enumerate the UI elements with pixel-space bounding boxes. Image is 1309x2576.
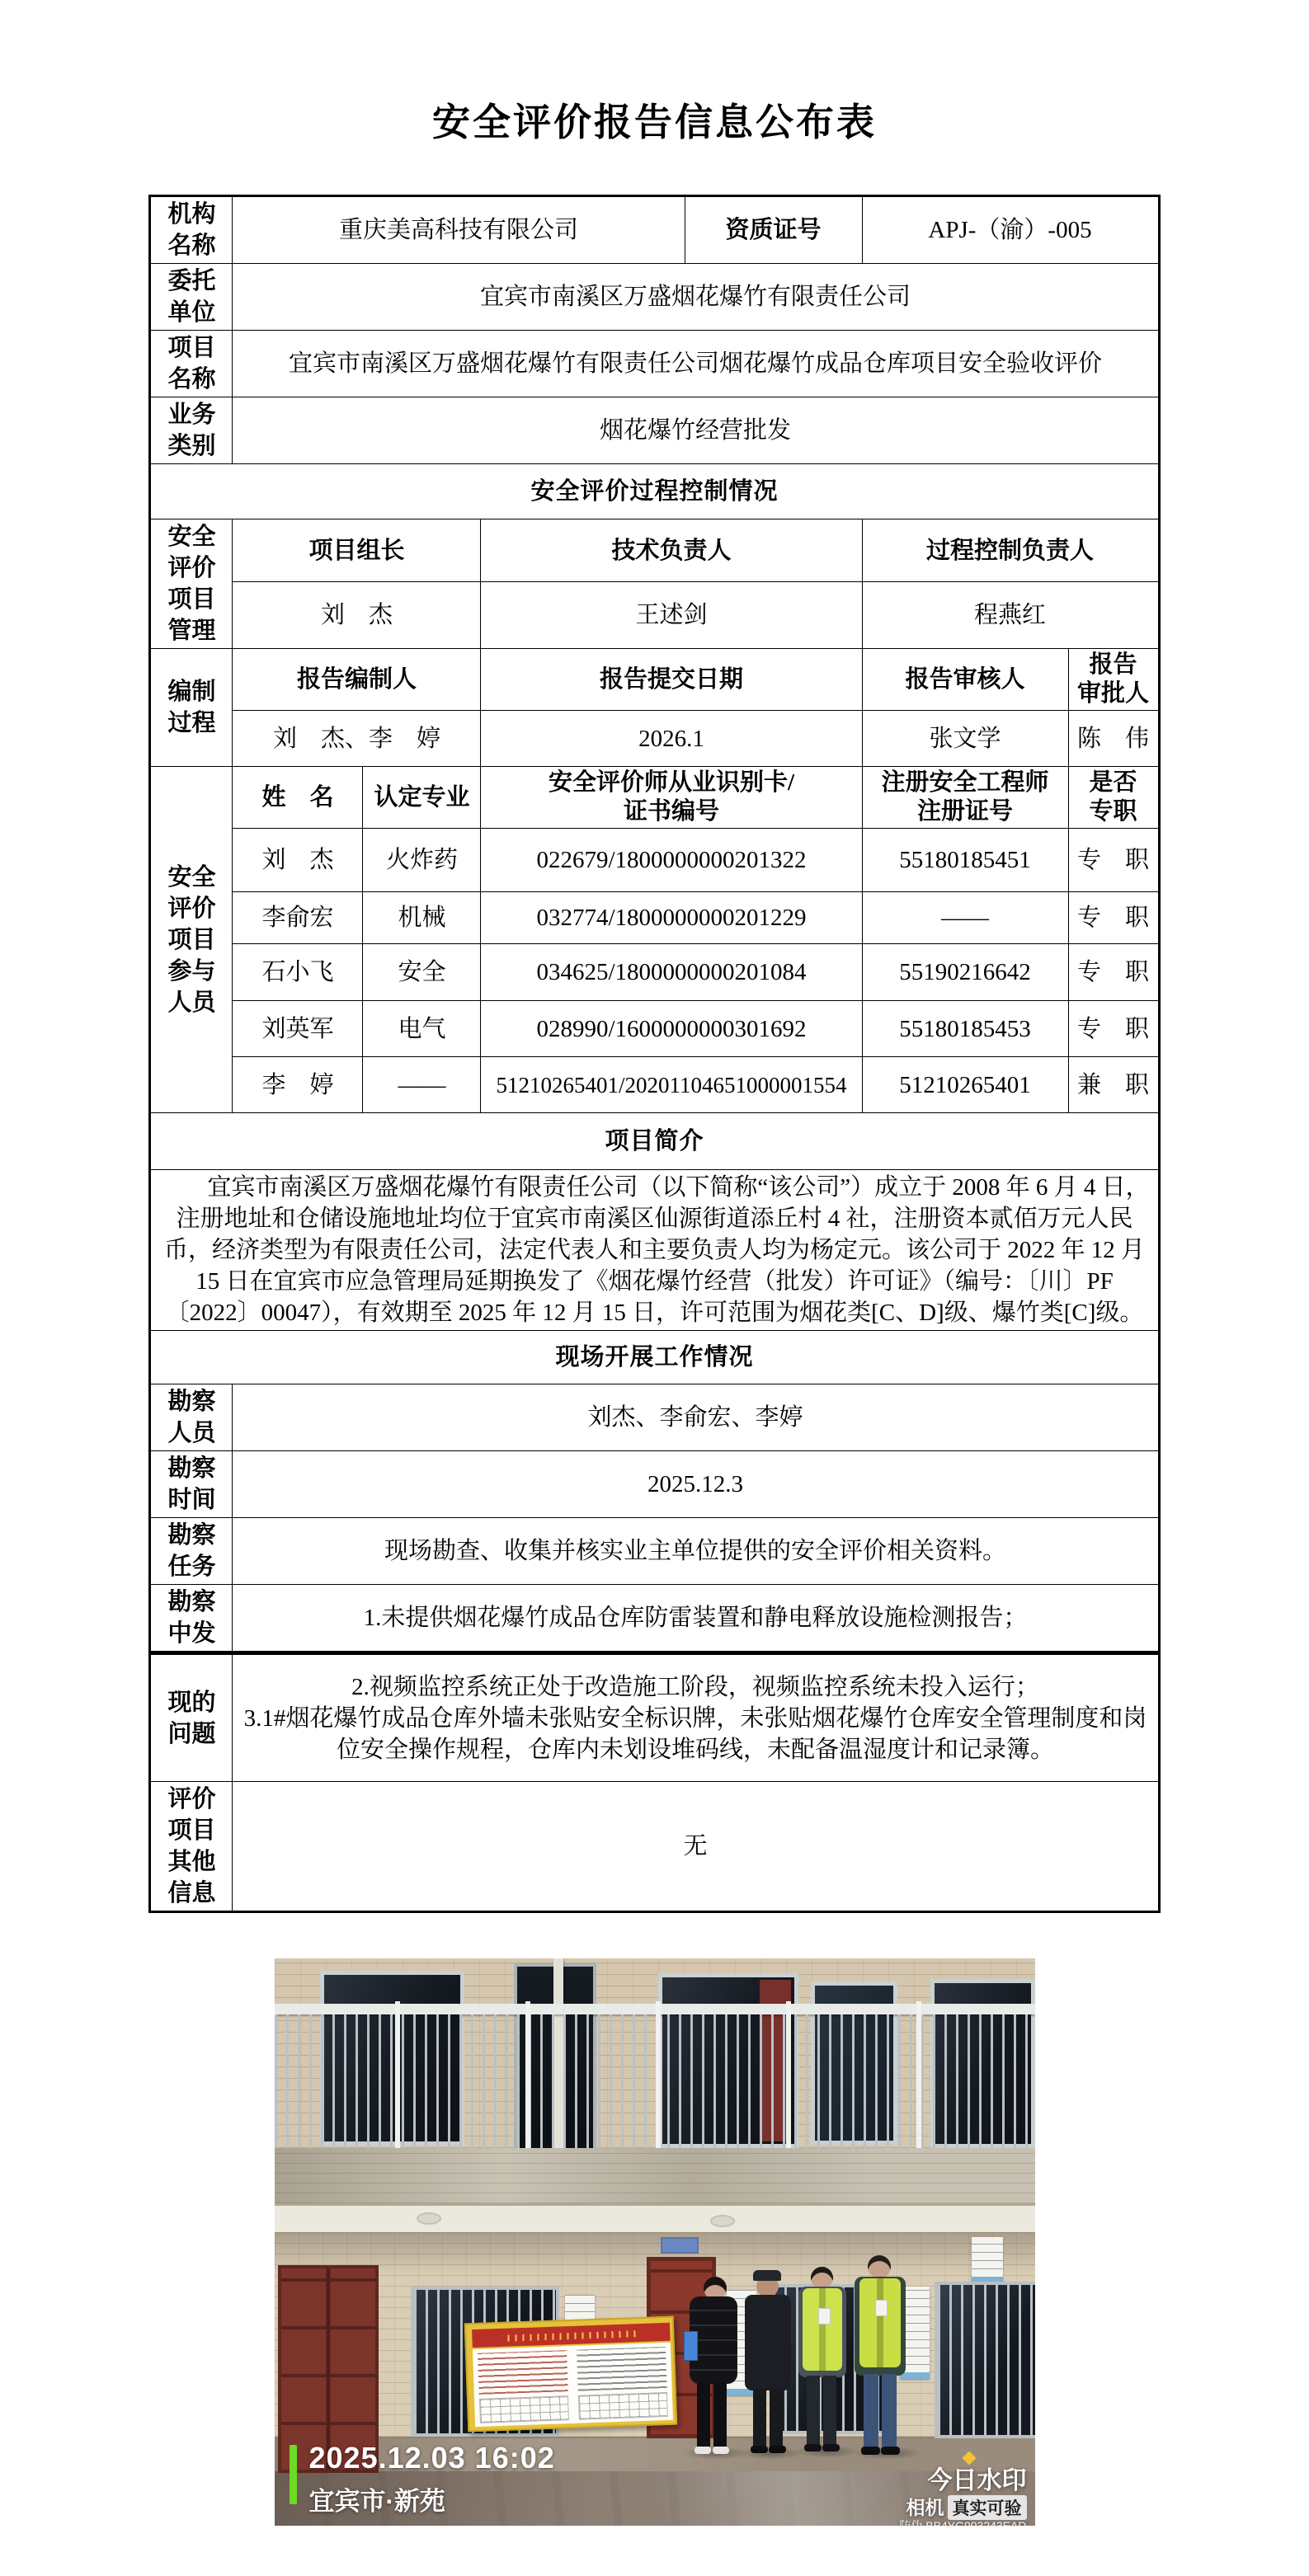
person-leg (713, 2382, 727, 2447)
participant-fulltime: 专 职 (1068, 1001, 1159, 1057)
comp-value-author: 刘 杰、李 婷 (233, 711, 481, 767)
participant-major: 机械 (363, 892, 481, 944)
comp-header-date: 报告提交日期 (481, 649, 862, 711)
participant-major: 安全 (363, 944, 481, 1001)
comp-value-date: 2026.1 (481, 711, 862, 767)
watermark-verify: 相机 真实可验 (885, 2493, 1027, 2520)
mgmt-value-leader: 刘 杰 (233, 582, 481, 649)
participant-reg: —— (862, 892, 1068, 944)
project-name-label: 项目名称 (150, 331, 233, 397)
survey-people-value: 刘杰、李俞宏、李婷 (233, 1384, 1159, 1451)
table-row: 安全评价项目参与人员 姓 名 认定专业 安全评价师从业识别卡/ 证书编号 注册安… (150, 767, 1159, 829)
client-value: 宜宾市南溪区万盛烟花爆竹有限责任公司 (233, 264, 1159, 331)
participant-cert: 032774/1800000000201229 (481, 892, 862, 944)
person-leg (807, 2376, 820, 2445)
participant-reg: 55180185453 (862, 1001, 1068, 1057)
participant-cert: 022679/1800000000201322 (481, 829, 862, 892)
watermark-camera-label: 相机 (906, 2497, 944, 2518)
participant-name: 石小飞 (233, 944, 363, 1001)
comp-header-reviewer: 报告审核人 (862, 649, 1068, 711)
project-intro-text: 宜宾市南溪区万盛烟花爆竹有限责任公司（以下简称“该公司”）成立于 2008 年 … (150, 1170, 1159, 1331)
mgmt-header-leader: 项目组长 (233, 519, 481, 582)
part-header-major: 认定专业 (363, 767, 481, 829)
mgmt-value-tech: 王述剑 (481, 582, 862, 649)
site-photo: 2025.12.03 16:02 宜宾市·新苑 今日水印 相机 真实可验 防伪 … (275, 1958, 1035, 2526)
participant-name: 刘英军 (233, 1001, 363, 1057)
business-type-value: 烟花爆竹经营批发 (233, 397, 1159, 464)
badge (818, 2308, 831, 2325)
participants-label: 安全评价项目参与人员 (150, 767, 233, 1113)
railing-post (786, 2001, 791, 2151)
barred-window-3 (935, 2282, 1035, 2438)
problem-items-2-3: 2.视频监控系统正处于改造施工阶段，视频监控系统未投入运行； 3.1#烟花爆竹成… (233, 1653, 1159, 1782)
railing-post (525, 2001, 530, 2151)
mgmt-value-process: 程燕红 (862, 582, 1159, 649)
participant-row: 刘英军 电气 028990/1600000000301692 551801854… (150, 1001, 1159, 1057)
board-text-block (576, 2347, 666, 2391)
participant-row: 刘 杰 火炸药 022679/1800000000201322 55180185… (150, 829, 1159, 892)
mgmt-label: 安全评价项目管理 (150, 519, 233, 649)
participant-reg: 55180185451 (862, 829, 1068, 892)
comp-header-author: 报告编制人 (233, 649, 481, 711)
comp-value-approver: 陈 伟 (1068, 711, 1159, 767)
participant-fulltime: 专 职 (1068, 829, 1159, 892)
part-header-reg: 注册安全工程师 注册证号 (862, 767, 1068, 829)
railing-post (916, 2001, 921, 2151)
survey-time-label: 勘察时间 (150, 1451, 233, 1518)
participant-name: 李 婷 (233, 1057, 363, 1113)
board-org-chart (478, 2395, 568, 2423)
part-header-name: 姓 名 (233, 767, 363, 829)
participant-reg: 51210265401 (862, 1057, 1068, 1113)
black-shoe (822, 2444, 840, 2451)
comp-header-approver: 报告 审批人 (1068, 649, 1159, 711)
cap (753, 2270, 781, 2281)
participant-cert: 034625/1800000000201084 (481, 944, 862, 1001)
section-header-row: 项目简介 (150, 1113, 1159, 1170)
safety-publicity-board (464, 2316, 676, 2433)
table-row: 业务类别 烟花爆竹经营批发 (150, 397, 1159, 464)
board-org-chart (577, 2392, 667, 2420)
ceiling-light (710, 2215, 735, 2227)
floor-slab (275, 2148, 1035, 2206)
hivis-vest (803, 2288, 842, 2371)
section-site-work: 现场开展工作情况 (150, 1331, 1159, 1384)
section-project-intro: 项目简介 (150, 1113, 1159, 1170)
table-row: 勘察人员 刘杰、李俞宏、李婷 (150, 1384, 1159, 1451)
door-plate-sign (661, 2237, 699, 2254)
participant-row: 李俞宏 机械 032774/1800000000201229 —— 专 职 (150, 892, 1159, 944)
person-leg (697, 2382, 710, 2447)
participant-cert: 028990/1600000000301692 (481, 1001, 862, 1057)
participant-major: 火炸药 (363, 829, 481, 892)
person-leg-jeans (864, 2374, 878, 2447)
survey-task-value: 现场勘查、收集并核实业主单位提供的安全评价相关资料。 (233, 1518, 1159, 1585)
participant-row: 石小飞 安全 034625/1800000000201084 551902166… (150, 944, 1159, 1001)
watermark-datetime: 2025.12.03 16:02 (309, 2441, 555, 2475)
problem-item-1: 1.未提供烟花爆竹成品仓库防雷装置和静电释放设施检测报告； (233, 1585, 1159, 1653)
badge (875, 2300, 888, 2316)
board-text-block (478, 2350, 568, 2395)
watermark-brand: 今日水印 (926, 2460, 1027, 2496)
survey-task-label: 勘察任务 (150, 1518, 233, 1585)
watermark-anticounterfeit-code: 防伪 BB4YG993243EAD (844, 2517, 1027, 2526)
watermark-location: 宜宾市·新苑 (309, 2480, 445, 2517)
org-name-value: 重庆美高科技有限公司 (233, 196, 685, 264)
report-info-table: 机构名称 重庆美高科技有限公司 资质证号 APJ-（渝）-005 委托单位 宜宾… (148, 195, 1160, 1913)
black-shoe (881, 2447, 900, 2455)
section-process-control: 安全评价过程控制情况 (150, 464, 1159, 519)
wall-notice (972, 2237, 1003, 2283)
participant-name: 刘 杰 (233, 829, 363, 892)
railing-post (395, 2001, 400, 2151)
qualification-label: 资质证号 (685, 196, 862, 264)
table-row: 宜宾市南溪区万盛烟花爆竹有限责任公司（以下简称“该公司”）成立于 2008 年 … (150, 1170, 1159, 1331)
table-row: 安全评价项目管理 项目组长 技术负责人 过程控制负责人 (150, 519, 1159, 582)
participant-cert: 51210265401/20201104651000001554 (481, 1057, 862, 1113)
problems-label-bottom: 现的问题 (150, 1653, 233, 1782)
person-leg (770, 2389, 783, 2447)
railing-post (656, 2001, 661, 2151)
section-header-row: 安全评价过程控制情况 (150, 464, 1159, 519)
document-page: 安全评价报告信息公布表 机构名称 重庆美高科技有限公司 资质证号 APJ-（渝）… (0, 0, 1309, 2576)
white-shoe (713, 2447, 729, 2454)
client-label: 委托单位 (150, 264, 233, 331)
table-row: 机构名称 重庆美高科技有限公司 资质证号 APJ-（渝）-005 (150, 196, 1159, 264)
qualification-value: APJ-（渝）-005 (862, 196, 1159, 264)
participant-major: 电气 (363, 1001, 481, 1057)
project-name-value: 宜宾市南溪区万盛烟花爆竹有限责任公司烟花爆竹成品仓库项目安全验收评价 (233, 331, 1159, 397)
hivis-vest (859, 2278, 901, 2367)
ceiling-light (417, 2212, 441, 2225)
other-info-label: 评价项目其他信息 (150, 1782, 233, 1912)
table-row: 勘察时间 2025.12.3 (150, 1451, 1159, 1518)
person-head (868, 2255, 891, 2278)
page-title: 安全评价报告信息公布表 (0, 0, 1309, 147)
table-row: 现的问题 2.视频监控系统正处于改造施工阶段，视频监控系统未投入运行； 3.1#… (150, 1653, 1159, 1782)
black-shoe (804, 2444, 822, 2451)
org-name-label: 机构名称 (150, 196, 233, 264)
table-row: 项目名称 宜宾市南溪区万盛烟花爆竹有限责任公司烟花爆竹成品仓库项目安全验收评价 (150, 331, 1159, 397)
table-row: 勘察任务 现场勘查、收集并核实业主单位提供的安全评价相关资料。 (150, 1518, 1159, 1585)
comp-value-reviewer: 张文学 (862, 711, 1068, 767)
board-body (472, 2343, 672, 2427)
mgmt-header-process: 过程控制负责人 (862, 519, 1159, 582)
table-row: 刘 杰 王述剑 程燕红 (150, 582, 1159, 649)
black-shoe (751, 2446, 768, 2453)
table-row: 评价项目其他信息 无 (150, 1782, 1159, 1912)
mgmt-header-tech: 技术负责人 (481, 519, 862, 582)
white-shoe (695, 2447, 711, 2454)
participant-fulltime: 兼 职 (1068, 1057, 1159, 1113)
person-leg (753, 2389, 766, 2447)
black-shoe (769, 2446, 786, 2453)
window-bars (938, 2285, 1035, 2435)
part-header-cert: 安全评价师从业识别卡/ 证书编号 (481, 767, 862, 829)
survey-people-label: 勘察人员 (150, 1384, 233, 1451)
person-leg-jeans (882, 2374, 897, 2447)
table-row: 勘察中发 1.未提供烟花爆竹成品仓库防雷装置和静电释放设施检测报告； (150, 1585, 1159, 1653)
table-row: 编制过程 报告编制人 报告提交日期 报告审核人 报告 审批人 (150, 649, 1159, 711)
table-row: 委托单位 宜宾市南溪区万盛烟花爆竹有限责任公司 (150, 264, 1159, 331)
walkway-ceiling (275, 2206, 1035, 2232)
person-leg (823, 2376, 836, 2445)
person-head (811, 2267, 833, 2289)
blue-folder (684, 2331, 698, 2361)
participant-reg: 55190216642 (862, 944, 1068, 1001)
participant-fulltime: 专 职 (1068, 944, 1159, 1001)
problems-label-top: 勘察中发 (150, 1585, 233, 1653)
other-info-value: 无 (233, 1782, 1159, 1912)
participant-row: 李 婷 —— 51210265401/20201104651000001554 … (150, 1057, 1159, 1113)
table-row: 刘 杰、李 婷 2026.1 张文学 陈 伟 (150, 711, 1159, 767)
participant-major: —— (363, 1057, 481, 1113)
watermark-green-bar (290, 2445, 297, 2504)
part-header-fulltime: 是否 专职 (1068, 767, 1159, 829)
section-header-row: 现场开展工作情况 (150, 1331, 1159, 1384)
person-torso (745, 2295, 791, 2390)
business-type-label: 业务类别 (150, 397, 233, 464)
watermark-verify-badge: 真实可验 (948, 2495, 1027, 2520)
compilation-label: 编制过程 (150, 649, 233, 767)
survey-time-value: 2025.12.3 (233, 1451, 1159, 1518)
participant-fulltime: 专 职 (1068, 892, 1159, 944)
black-shoe (861, 2447, 880, 2455)
participant-name: 李俞宏 (233, 892, 363, 944)
